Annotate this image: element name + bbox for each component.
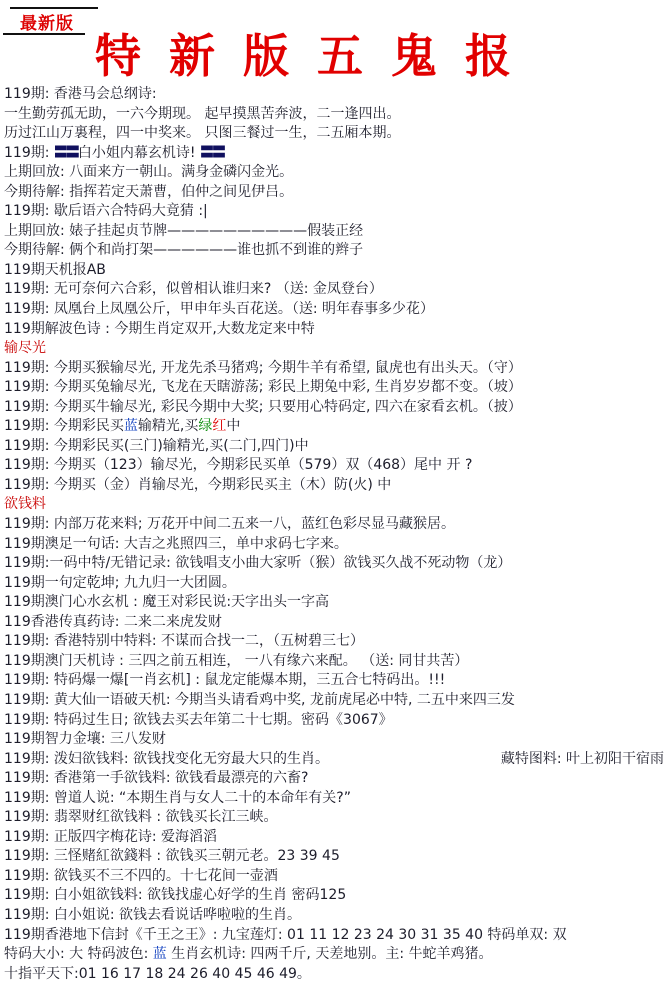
report-line: 119香港传真药诗: 二来二来虎发财 bbox=[4, 613, 670, 633]
line-text: 119期: bbox=[4, 145, 54, 161]
line-text: 119期: 凤凰台上凤凰公斤，甲申年头百花送。（送: 明年春事多少花） bbox=[4, 301, 434, 317]
line-text: 119期: 白小姐说: 欲钱去看说话哗啦啦的生肖。 bbox=[4, 907, 301, 923]
report-line: 119期香港地下信封《千王之王》: 九宝莲灯: 01 11 12 23 24 3… bbox=[4, 926, 670, 946]
line-text: 输尽光 bbox=[4, 340, 46, 356]
report-line: 119期: 今期买（123）输尽光，今期彩民买单（579）双（468）尾中 开 … bbox=[4, 456, 670, 476]
redc-text: 红 bbox=[212, 418, 226, 434]
report-line: 十指平天下:01 16 17 18 24 26 40 45 46 49。 bbox=[4, 965, 670, 985]
line-text: 119期: 今期买（123）输尽光，今期彩民买单（579）双（468）尾中 开 … bbox=[4, 457, 472, 473]
badge-bottom-rule bbox=[3, 33, 85, 35]
report-line: 119期解波色诗 : 今期生肖定双开,大数龙定来中特 bbox=[4, 320, 670, 340]
line-text: 119期解波色诗 : 今期生肖定双开,大数龙定来中特 bbox=[4, 321, 315, 337]
report-line: 上期回放: 八面来方一朝山。满身金磷闪金光。 bbox=[4, 163, 670, 183]
line-text: 119期: 今期买兔输尽光, 飞龙在天瞎游荡; 彩民上期兔中彩, 生肖岁岁都不变… bbox=[4, 379, 522, 395]
report-line: 119期: 三怪赌紅欲錢料 : 欲钱买三朝元老。23 39 45 bbox=[4, 847, 670, 867]
line-text: 特码大小: 大 特码波色: bbox=[4, 946, 153, 962]
line-text: 119期:一码中特/无错记录: 欲钱唱支小曲大家听（猴）欲钱买久战不死动物（龙） bbox=[4, 555, 511, 571]
line-text: 119期香港地下信封《千王之王》: 九宝莲灯: 01 11 12 23 24 3… bbox=[4, 927, 567, 943]
report-line: 119期智力金壤: 三八发财 bbox=[4, 730, 670, 750]
report-line: 119期: 凤凰台上凤凰公斤，甲申年头百花送。（送: 明年春事多少花） bbox=[4, 300, 670, 320]
report-line: 119期: 黄大仙一语破天机: 今期当头请看鸡中奖, 龙前虎尾必中特, 二五中来… bbox=[4, 691, 670, 711]
page-title: 特新版五鬼报 bbox=[95, 20, 539, 86]
report-line: 119期: 正版四字梅花诗: 爱海滔滔 bbox=[4, 828, 670, 848]
report-line: 119期: 歇后语六合特码大竟猜 :| bbox=[4, 202, 670, 222]
report-line: 119期: 香港第一手欲钱料: 欲钱看最漂亮的六畜? bbox=[4, 769, 670, 789]
section-header-shujinguang: 输尽光 bbox=[4, 339, 670, 359]
report-line: 119期: 今期买（金）肖输尽光，今期彩民买主（木）防(火) 中 bbox=[4, 476, 670, 496]
line-text: 119期: 特码过生日; 欲钱去买去年第二十七期。密码《3067》 bbox=[4, 712, 393, 728]
report-line: 119期: 〓〓白小姐内幕玄机诗! 〓〓 bbox=[4, 144, 670, 164]
line-text: 119期澳门天机诗 : 三四之前五相连， 一八有缘六来配。 （送: 同甘共苦） bbox=[4, 653, 468, 669]
line-text: 119期: 泼妇欲钱料: 欲钱找变化无穷最大只的生肖。 bbox=[4, 750, 329, 770]
report-lines: 119期: 香港马会总纲诗:一生勤劳孤无助，一六今期现。 起早摸黑苦奔波，二一逢… bbox=[0, 82, 670, 984]
report-line: 119期:一码中特/无错记录: 欲钱唱支小曲大家听（猴）欲钱买久战不死动物（龙） bbox=[4, 554, 670, 574]
line-text: 119期: 正版四字梅花诗: 爱海滔滔 bbox=[4, 829, 217, 845]
line-text: 119期: 今期买猴输尽光, 开龙先杀马猪鸡; 今期牛羊有希望, 鼠虎也有出头天… bbox=[4, 360, 522, 376]
line-text: 119期: 翡翠财红欲钱料 : 欲钱买长江三峡。 bbox=[4, 809, 278, 825]
line-text: 今期待解: 指挥若定天萧曹，伯仲之间见伊吕。 bbox=[4, 184, 293, 200]
line-text: 119期: 曾道人说: “本期生肖与女人二十的本命年有关?” bbox=[4, 790, 351, 806]
report-line: 119期: 白小姐说: 欲钱去看说话哗啦啦的生肖。 bbox=[4, 906, 670, 926]
line-text: 119期一句定乾坤; 九九归一大团圆。 bbox=[4, 575, 236, 591]
report-line: 119期: 曾道人说: “本期生肖与女人二十的本命年有关?” bbox=[4, 789, 670, 809]
line-text: 119期: 三怪赌紅欲錢料 : 欲钱买三朝元老。23 39 45 bbox=[4, 848, 340, 864]
line-text: 119期: 特码爆一爆[一肖玄机] : 鼠龙定能爆本期，三五合七特码出。!!! bbox=[4, 672, 445, 688]
line-text: 欲钱料 bbox=[4, 496, 46, 512]
report-line: 历过江山万裏程，四一中奖来。 只图三餐过一生，二五厢本期。 bbox=[4, 124, 670, 144]
blue-text: 蓝 bbox=[124, 418, 138, 434]
report-line: 119期: 内部万花来料; 万花开中间二五来一八，蓝红色彩尽显马藏猴居。 bbox=[4, 515, 670, 535]
line-text: 119期: 无可奈何六合彩，似曾相认谁归来? （送: 金凤登台） bbox=[4, 281, 383, 297]
edition-badge: 最新版 bbox=[20, 9, 74, 34]
blue-text: 蓝 bbox=[153, 946, 167, 962]
line-text: 历过江山万裏程，四一中奖来。 只图三餐过一生，二五厢本期。 bbox=[4, 125, 400, 141]
report-line: 119期一句定乾坤; 九九归一大团圆。 bbox=[4, 574, 670, 594]
report-line: 特码大小: 大 特码波色: 蓝 生肖玄机诗: 四两千斤, 天差地别。主: 牛蛇羊… bbox=[4, 945, 670, 965]
report-line: 119期澳门心水玄机 : 魔王对彩民说:天字出头一字高 bbox=[4, 593, 670, 613]
line-text: 119期: 香港马会总纲诗: bbox=[4, 86, 157, 102]
report-line: 119期: 香港特别中特料: 不谋而合找一二，（五树碧三七） bbox=[4, 632, 670, 652]
line-text: 119期: 今期买牛输尽光, 彩民今期中大奖; 只要用心特码定, 四六在家看玄机… bbox=[4, 399, 522, 415]
report-line: 119期: 今期买兔输尽光, 飞龙在天瞎游荡; 彩民上期兔中彩, 生肖岁岁都不变… bbox=[4, 378, 670, 398]
line-text: 119期: 歇后语六合特码大竟猜 :| bbox=[4, 203, 208, 219]
report-line: 一生勤劳孤无助，一六今期现。 起早摸黑苦奔波，二一逢四出。 bbox=[4, 105, 670, 125]
line-text: 白小姐内幕玄机诗! bbox=[78, 145, 200, 161]
line-text: 119期: 香港第一手欲钱料: 欲钱看最漂亮的六畜? bbox=[4, 770, 309, 786]
green-text: 绿 bbox=[198, 418, 212, 434]
line-text: 输精光,买 bbox=[138, 418, 198, 434]
line-text: 中 bbox=[226, 418, 240, 434]
line-text: 119期澳门心水玄机 : 魔王对彩民说:天字出头一字高 bbox=[4, 594, 329, 610]
report-line: 119期: 香港马会总纲诗: bbox=[4, 85, 670, 105]
line-text: 119期: 香港特别中特料: 不谋而合找一二，（五树碧三七） bbox=[4, 633, 364, 649]
line-right-text: 藏特图料: 叶上初阳干宿雨 bbox=[501, 750, 664, 770]
line-text: 119期: 今期买（金）肖输尽光，今期彩民买主（木）防(火) 中 bbox=[4, 477, 391, 493]
report-line: 119期: 无可奈何六合彩，似曾相认谁归来? （送: 金凤登台） bbox=[4, 280, 670, 300]
report-line: 119期天机报AB bbox=[4, 261, 670, 281]
report-line: 119期: 今期买牛输尽光, 彩民今期中大奖; 只要用心特码定, 四六在家看玄机… bbox=[4, 398, 670, 418]
report-line: 119期: 翡翠财红欲钱料 : 欲钱买长江三峡。 bbox=[4, 808, 670, 828]
report-line: 119期: 欲钱买不三不四的。十七花间一壶酒 bbox=[4, 867, 670, 887]
line-text: 119期: 白小姐欲钱料: 欲钱找虚心好学的生肖 密码125 bbox=[4, 887, 346, 903]
line-text: 119期: 黄大仙一语破天机: 今期当头请看鸡中奖, 龙前虎尾必中特, 二五中来… bbox=[4, 692, 515, 708]
report-line: 今期待解: 俩个和尚打架——————谁也抓不到谁的辫子 bbox=[4, 241, 670, 261]
report-line: 119期: 今期彩民买蓝输精光,买绿红中 bbox=[4, 417, 670, 437]
report-line: 今期待解: 指挥若定天萧曹，伯仲之间见伊吕。 bbox=[4, 183, 670, 203]
report-line: 119期: 今期买猴输尽光, 开龙先杀马猪鸡; 今期牛羊有希望, 鼠虎也有出头天… bbox=[4, 359, 670, 379]
line-text: 119期: 今期彩民买(三门)输精光,买(二门,四门)中 bbox=[4, 438, 309, 454]
report-line: 119期澳门天机诗 : 三四之前五相连， 一八有缘六来配。 （送: 同甘共苦） bbox=[4, 652, 670, 672]
report-line: 119期澳足一句话: 大吉之兆照四三，单中求码七字来。 bbox=[4, 535, 670, 555]
bar-text: 〓〓 bbox=[54, 145, 78, 161]
line-text: 119期: 内部万花来料; 万花开中间二五来一八，蓝红色彩尽显马藏猴居。 bbox=[4, 516, 455, 532]
line-text: 119期智力金壤: 三八发财 bbox=[4, 731, 166, 747]
line-text: 生肖玄机诗: 四两千斤, 天差地别。主: 牛蛇羊鸡猪。 bbox=[167, 946, 493, 962]
line-text: 119期澳足一句话: 大吉之兆照四三，单中求码七字来。 bbox=[4, 536, 348, 552]
bar-text: 〓〓 bbox=[200, 145, 224, 161]
line-text: 十指平天下:01 16 17 18 24 26 40 45 46 49。 bbox=[4, 966, 311, 982]
section-header-yuqianliao: 欲钱料 bbox=[4, 495, 670, 515]
line-text: 上期回放: 八面来方一朝山。满身金磷闪金光。 bbox=[4, 164, 293, 180]
report-line: 119期: 白小姐欲钱料: 欲钱找虚心好学的生肖 密码125 bbox=[4, 886, 670, 906]
report-line: 119期: 特码过生日; 欲钱去买去年第二十七期。密码《3067》 bbox=[4, 711, 670, 731]
report-line: 上期回放: 婊子挂起贞节牌——————————假装正经 bbox=[4, 222, 670, 242]
masthead: 最新版 特新版五鬼报 bbox=[0, 0, 670, 82]
report-line: 119期: 泼妇欲钱料: 欲钱找变化无穷最大只的生肖。藏特图料: 叶上初阳干宿雨 bbox=[4, 750, 670, 770]
line-text: 今期待解: 俩个和尚打架——————谁也抓不到谁的辫子 bbox=[4, 242, 363, 258]
report-line: 119期: 特码爆一爆[一肖玄机] : 鼠龙定能爆本期，三五合七特码出。!!! bbox=[4, 671, 670, 691]
line-text: 119期: 欲钱买不三不四的。十七花间一壶酒 bbox=[4, 868, 278, 884]
line-text: 上期回放: 婊子挂起贞节牌——————————假装正经 bbox=[4, 223, 363, 239]
line-text: 119期: 今期彩民买 bbox=[4, 418, 124, 434]
line-text: 119期天机报AB bbox=[4, 262, 106, 278]
line-text: 一生勤劳孤无助，一六今期现。 起早摸黑苦奔波，二一逢四出。 bbox=[4, 106, 400, 122]
line-text: 119香港传真药诗: 二来二来虎发财 bbox=[4, 614, 222, 630]
report-line: 119期: 今期彩民买(三门)输精光,买(二门,四门)中 bbox=[4, 437, 670, 457]
